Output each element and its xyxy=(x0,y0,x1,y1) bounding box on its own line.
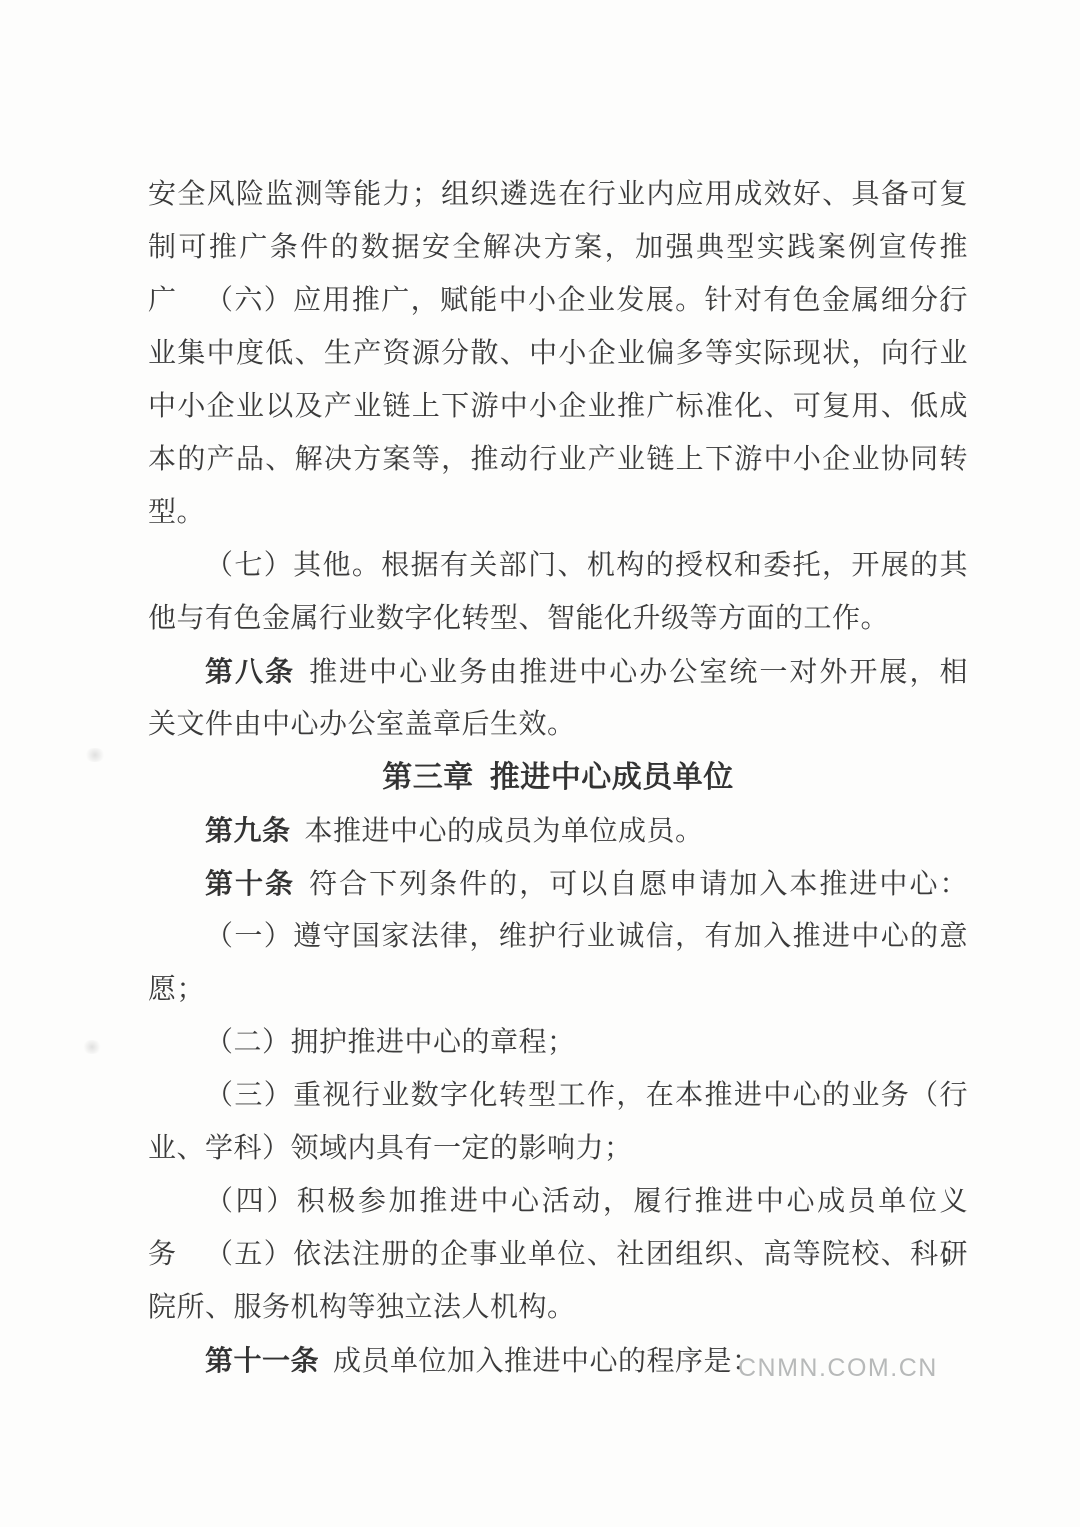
line-text: 本推进中心的成员为单位成员。 xyxy=(305,816,704,847)
article-number: 第十条 xyxy=(205,868,295,899)
scan-artifact xyxy=(84,748,106,762)
document-line: 安全风险监测等能力；组织遴选在行业内应用成效好、具备可复 xyxy=(148,168,968,221)
document-line: （五）依法注册的企事业单位、社团组织、高等院校、科研 xyxy=(148,1228,968,1281)
document-line: （二）拥护推进中心的章程； xyxy=(148,1016,968,1069)
article-number: 第九条 xyxy=(205,815,291,846)
document-line: 他与有色金属行业数字化转型、智能化升级等方面的工作。 xyxy=(148,592,968,645)
document-line: 愿； xyxy=(148,963,968,1016)
document-line: （六）应用推广，赋能中小企业发展。针对有色金属细分行 xyxy=(148,274,968,327)
article-number: 第十一条 xyxy=(205,1345,319,1376)
document-line: （七）其他。根据有关部门、机构的授权和委托，开展的其 xyxy=(148,539,968,592)
line-text: 成员单位加入推进中心的程序是： xyxy=(333,1346,761,1377)
document-line: 第八条推进中心业务由推进中心办公室统一对外开展，相 xyxy=(148,645,968,698)
document-line: 型。 xyxy=(148,486,968,539)
article-number: 第八条 xyxy=(205,656,295,687)
line-text: 推进中心成员单位 xyxy=(490,761,734,794)
document-line: 中小企业以及产业链上下游中小企业推广标准化、可复用、低成 xyxy=(148,380,968,433)
document-page: 安全风险监测等能力；组织遴选在行业内应用成效好、具备可复制可推广条件的数据安全解… xyxy=(0,0,1080,1527)
document-line: 制可推广条件的数据安全解决方案，加强典型实践案例宣传推广。 xyxy=(148,221,968,274)
document-line: 第十条符合下列条件的，可以自愿申请加入本推进中心： xyxy=(148,857,968,910)
document-line: （四）积极参加推进中心活动，履行推进中心成员单位义务； xyxy=(148,1175,968,1228)
chapter-heading: 第三章推进中心成员单位 xyxy=(148,751,968,804)
document-line: （一）遵守国家法律，维护行业诚信，有加入推进中心的意 xyxy=(148,910,968,963)
article-number: 第三章 xyxy=(382,761,474,794)
document-line: 关文件由中心办公室盖章后生效。 xyxy=(148,698,968,751)
document-line: 业、学科）领域内具有一定的影响力； xyxy=(148,1122,968,1175)
document-line: 第九条本推进中心的成员为单位成员。 xyxy=(148,804,968,857)
document-line: 业集中度低、生产资源分散、中小企业偏多等实际现状，向行业 xyxy=(148,327,968,380)
scan-artifact xyxy=(82,1040,102,1054)
document-line: （三）重视行业数字化转型工作，在本推进中心的业务（行 xyxy=(148,1069,968,1122)
document-line: 本的产品、解决方案等，推动行业产业链上下游中小企业协同转 xyxy=(148,433,968,486)
document-body: 安全风险监测等能力；组织遴选在行业内应用成效好、具备可复制可推广条件的数据安全解… xyxy=(148,168,968,1387)
line-text: 推进中心业务由推进中心办公室统一对外开展，相 xyxy=(309,657,968,688)
document-line: 院所、服务机构等独立法人机构。 xyxy=(148,1281,968,1334)
line-text: 符合下列条件的，可以自愿申请加入本推进中心： xyxy=(309,869,968,900)
watermark: CNMN.COM.CN xyxy=(738,1354,938,1383)
